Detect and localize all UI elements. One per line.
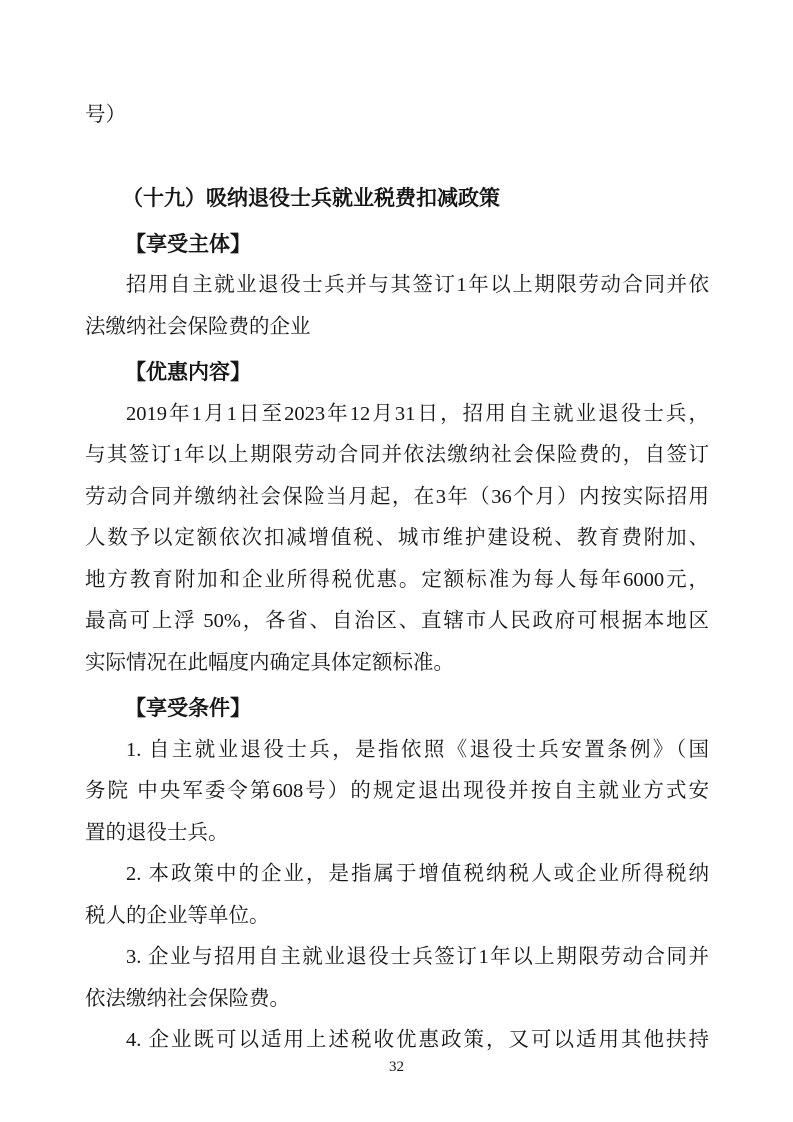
section-heading: （十九）吸纳退役士兵就业税费扣减政策 xyxy=(85,178,709,220)
page-number: 32 xyxy=(0,1057,793,1077)
paragraph-line: 2019年1月1日至2023年12月31日，招用自主就业退役士兵， xyxy=(85,394,709,436)
section-label: 【享受主体】 xyxy=(85,224,709,266)
paragraph-line: 地方教育附加和企业所得税优惠。定额标准为每人每年6000元， xyxy=(85,560,709,602)
paragraph-line: 置的退役士兵。 xyxy=(85,813,709,855)
paragraph-line: 务院 中央军委令第608号）的规定退出现役并按自主就业方式安 xyxy=(85,771,709,813)
paragraph-line: 2. 本政策中的企业，是指属于增值税纳税人或企业所得税纳 xyxy=(85,854,709,896)
paragraph-line: 实际情况在此幅度内确定具体定额标准。 xyxy=(85,643,709,685)
paragraph-line: 劳动合同并缴纳社会保险当月起，在3年（36个月）内按实际招用 xyxy=(85,477,709,519)
paragraph-line: 税人的企业等单位。 xyxy=(85,896,709,938)
document-page: 号） （十九）吸纳退役士兵就业税费扣减政策 【享受主体】招用自主就业退役士兵并与… xyxy=(0,0,793,1122)
continuation-text: 号） xyxy=(85,95,709,137)
paragraph-line: 与其签订1年以上期限劳动合同并依法缴纳社会保险费的，自签订 xyxy=(85,435,709,477)
document-blocks: 【享受主体】招用自主就业退役士兵并与其签订1年以上期限劳动合同并依法缴纳社会保险… xyxy=(85,224,709,1062)
paragraph-line: 1. 自主就业退役士兵，是指依照《退役士兵安置条例》（国 xyxy=(85,730,709,772)
paragraph-line: 人数予以定额依次扣减增值税、城市维护建设税、教育费附加、 xyxy=(85,518,709,560)
paragraph-line: 4. 企业既可以适用上述税收优惠政策，又可以适用其他扶持 xyxy=(85,1020,709,1062)
section-label: 【享受条件】 xyxy=(85,688,709,730)
paragraph-line: 法缴纳社会保险费的企业 xyxy=(85,307,709,349)
paragraph-line: 依法缴纳社会保险费。 xyxy=(85,979,709,1021)
paragraph-line: 最高可上浮 50%，各省、自治区、直辖市人民政府可根据本地区 xyxy=(85,601,709,643)
paragraph-line: 招用自主就业退役士兵并与其签订1年以上期限劳动合同并依 xyxy=(85,265,709,307)
paragraph-line: 3. 企业与招用自主就业退役士兵签订1年以上期限劳动合同并 xyxy=(85,937,709,979)
section-label: 【优惠内容】 xyxy=(85,352,709,394)
